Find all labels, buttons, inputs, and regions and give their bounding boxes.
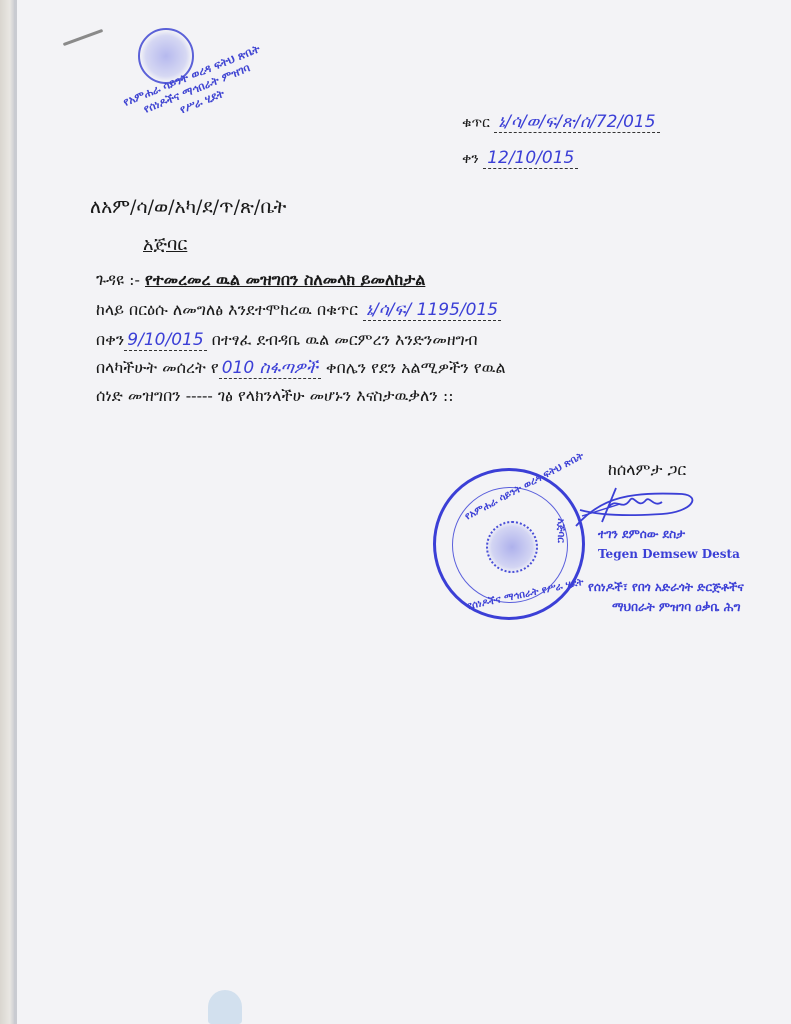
- body-text: በላካችሁት መሰረት የ: [96, 358, 219, 377]
- body-line: ከላይ በርዕሱ ለመግለፅ እንደተሞከረዉ በቁጥር ኔ/ሳ/ፍ/ 1195…: [96, 300, 501, 321]
- signer-name-english: Tegen Demsew Desta: [598, 547, 740, 561]
- reference-date: ቀን 12/10/015: [462, 148, 578, 169]
- signer-title: የሰነዶች፣ የበጎ አድራጎት ድርጅቶችና: [588, 580, 744, 595]
- body-line: በቀን9/10/015 በተፃፈ ደብዳቤ ዉል መርምረን እንድንመዘግብ: [96, 330, 478, 351]
- subject-line: ጉዳዩ :- የተመረመረ ዉል መዝግበን ስለመላክ ይመለከታል: [96, 270, 425, 290]
- signer-title: ማህበራት ምዝገባ ዐቃቤ ሕግ: [612, 600, 741, 615]
- subject-label: ጉዳዩ :-: [96, 270, 140, 289]
- closing-greeting: ከሰላምታ ጋር: [608, 460, 686, 480]
- scan-edge: [0, 0, 14, 1024]
- subject-text: የተመረመረ ዉል መዝግበን ስለመላክ ይመለከታል: [145, 270, 425, 289]
- body-line: በላካችሁት መሰረት የ010 ስፋጣዎች ቀበሌን የደን አልሚዎችን የ…: [96, 358, 506, 379]
- handwritten-date: 9/10/015: [124, 330, 206, 351]
- body-text: በተፃፈ ደብዳቤ ዉል መርምረን እንድንመዘግብ: [212, 330, 478, 349]
- body-line: ሰነድ መዝግበን ----- ገፅ የላክንላችሁ መሆኑን እናስታዉቃለን…: [96, 386, 454, 406]
- ink-smudge: [208, 990, 242, 1024]
- handwritten-location: 010 ስፋጣዎች: [219, 358, 321, 379]
- reference-number-value: ኔ/ሳ/ወ/ፍ/ጽ/ሰ/72/015: [494, 112, 659, 133]
- reference-number: ቁጥር ኔ/ሳ/ወ/ፍ/ጽ/ሰ/72/015: [462, 112, 660, 133]
- official-round-stamp: የአምሐራ ሳይንት ወረዳ ፍትህ ጽቤት የሰነዶችና ማኅበራት የሥራ …: [433, 468, 585, 620]
- reference-number-label: ቁጥር: [462, 115, 490, 131]
- signer-name-amharic: ተገን ደምሰው ደስታ: [598, 527, 685, 542]
- body-text: ቀበሌን የደን አልሚዎችን የዉል: [326, 358, 506, 377]
- stamp-side-text: አጅባር: [555, 518, 566, 543]
- reference-date-label: ቀን: [462, 151, 479, 167]
- body-text: ሰነድ መዝግበን ----- ገፅ የላክንላችሁ መሆኑን እናስታዉቃለን…: [96, 386, 454, 405]
- reference-date-value: 12/10/015: [483, 148, 578, 169]
- addressee-city: አጅባር: [143, 234, 187, 255]
- signature: [572, 486, 700, 530]
- handwritten-reference: ኔ/ሳ/ፍ/ 1195/015: [363, 300, 501, 321]
- body-text: ከላይ በርዕሱ ለመግለፅ እንደተሞከረዉ በቁጥር: [96, 300, 358, 319]
- emblem-icon: [486, 521, 538, 573]
- addressee: ለአም/ሳ/ወ/አካ/ደ/ጥ/ጽ/ቤት: [90, 196, 286, 218]
- body-text: በቀን: [96, 330, 124, 349]
